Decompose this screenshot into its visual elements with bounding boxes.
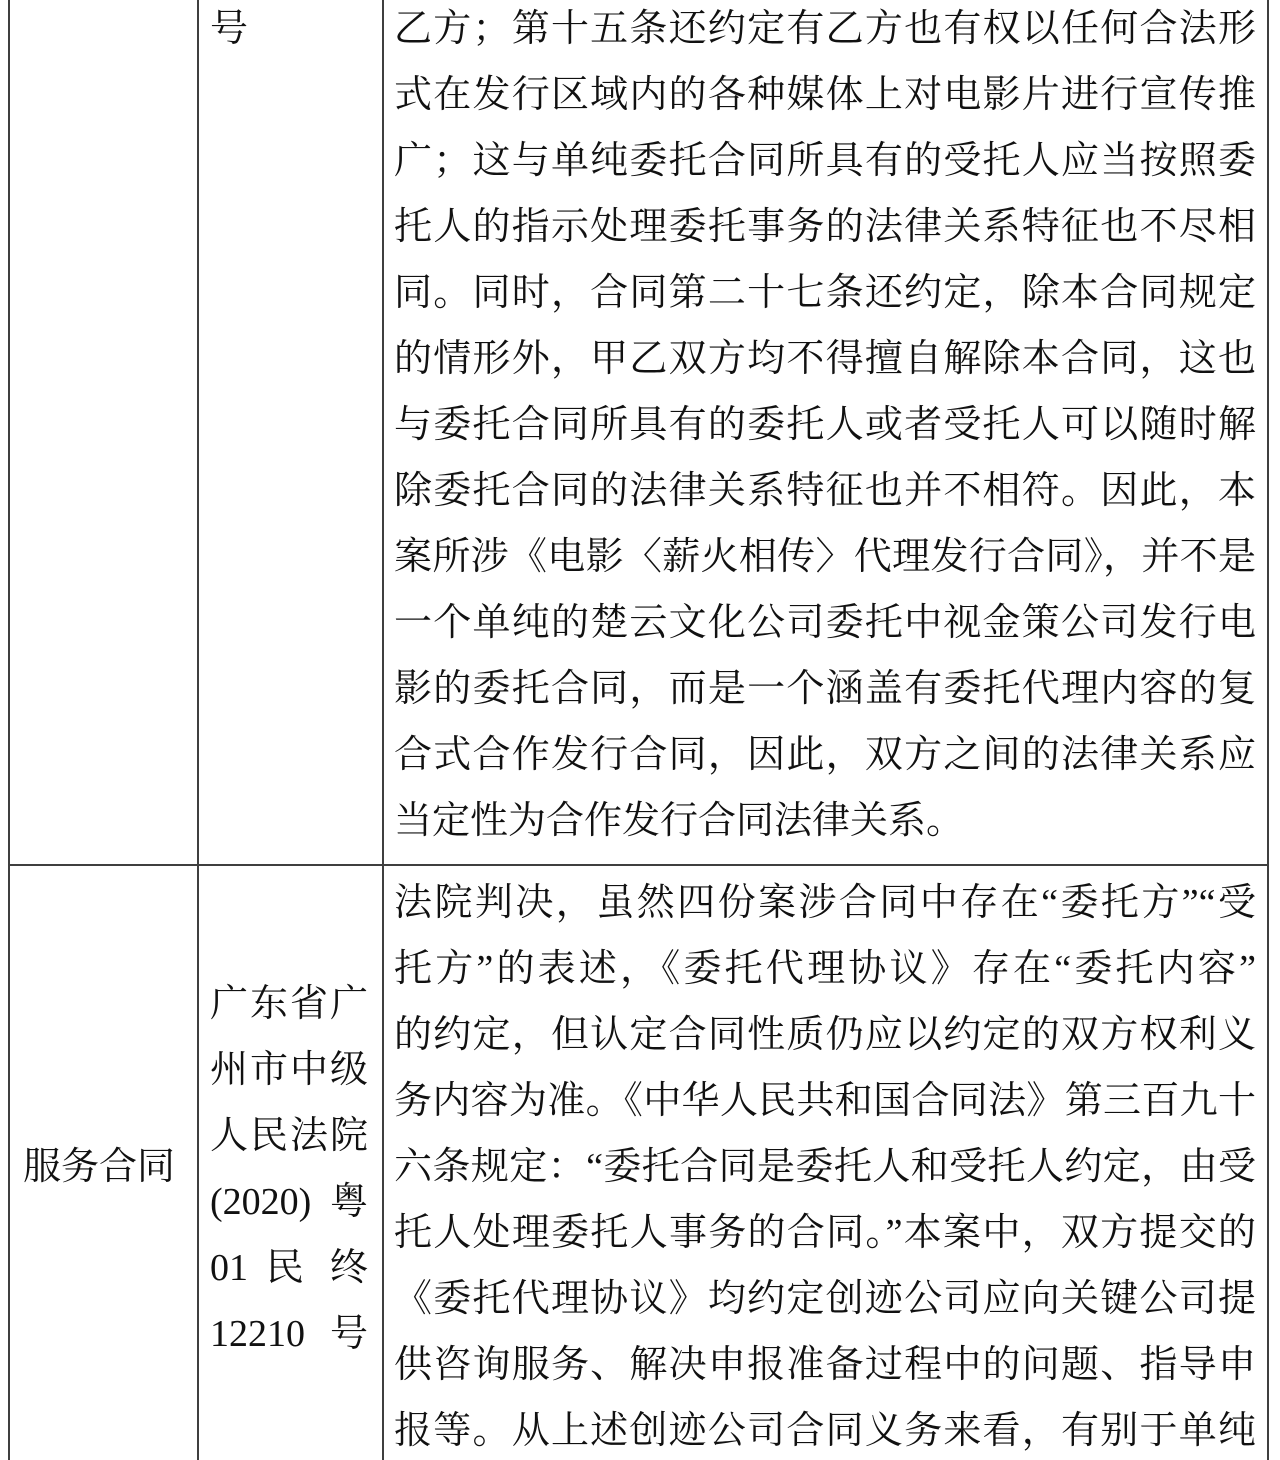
table-border-col1-col2 — [197, 0, 199, 1460]
text-line: 案所涉《电影〈薪火相传〉代理发行合同》，并不是 — [394, 524, 1256, 590]
table-row-divider — [8, 864, 1269, 866]
text-line: 州市中级 — [210, 1037, 368, 1103]
text-line: 托人的指示处理委托事务的法律关系特征也不尽相 — [394, 194, 1256, 260]
row2-judgment-text-cell: 法院判决，虽然四份案涉合同中存在“委托方”“受托方”的表述，《委托代理协议》存在… — [394, 870, 1256, 1460]
text-line: 一个单纯的楚云文化公司委托中视金策公司发行电 — [394, 590, 1256, 656]
document-page: 号 乙方；第十五条还约定有乙方也有权以任何合法形式在发行区域内的各种媒体上对电影… — [0, 0, 1280, 1460]
text-line: 的情形外，甲乙双方均不得擅自解除本合同，这也 — [394, 326, 1256, 392]
text-line: 号 — [210, 0, 368, 62]
text-line: 广东省广 — [210, 971, 368, 1037]
text-line: 的约定，但认定合同性质仍应以约定的双方权利义 — [394, 1002, 1256, 1068]
text-line: 12210 号 — [210, 1301, 368, 1367]
text-line: 合式合作发行合同，因此，双方之间的法律关系应 — [394, 722, 1256, 788]
text-line: 六条规定：“委托合同是委托人和受托人约定，由受 — [394, 1134, 1256, 1200]
text-line: 式在发行区域内的各种媒体上对电影片进行宣传推 — [394, 62, 1256, 128]
text-line: 当定性为合作发行合同法律关系。 — [394, 788, 1256, 854]
table-border-col2-col3 — [382, 0, 384, 1460]
text-line: 乙方；第十五条还约定有乙方也有权以任何合法形 — [394, 0, 1256, 62]
row2-case-number-cell: 广东省广州市中级人民法院(2020)粤01 民 终12210 号 — [210, 971, 368, 1367]
table-border-left — [8, 0, 10, 1460]
text-line: (2020)粤 — [210, 1169, 368, 1235]
text-line: 与委托合同所具有的委托人或者受托人可以随时解 — [394, 392, 1256, 458]
table-border-right — [1267, 0, 1269, 1460]
text-line: 人民法院 — [210, 1103, 368, 1169]
text-line: 01 民 终 — [210, 1235, 368, 1301]
text-line: 除委托合同的法律关系特征也并不相符。因此，本 — [394, 458, 1256, 524]
text-line: 报等。从上述创迹公司合同义务来看，有别于单纯 — [394, 1398, 1256, 1460]
row1-case-number-cell: 号 — [210, 0, 368, 62]
text-line: 托人处理委托人事务的合同。”本案中，双方提交的 — [394, 1200, 1256, 1266]
row2-category-label: 服务合同 — [23, 1146, 175, 1188]
row2-category-cell: 服务合同 — [10, 1134, 197, 1200]
text-line: 《委托代理协议》均约定创迹公司应向关键公司提 — [394, 1266, 1256, 1332]
text-line: 广；这与单纯委托合同所具有的受托人应当按照委 — [394, 128, 1256, 194]
text-line: 法院判决，虽然四份案涉合同中存在“委托方”“受 — [394, 870, 1256, 936]
text-line: 供咨询服务、解决申报准备过程中的问题、指导申 — [394, 1332, 1256, 1398]
row1-judgment-text-cell: 乙方；第十五条还约定有乙方也有权以任何合法形式在发行区域内的各种媒体上对电影片进… — [394, 0, 1256, 854]
text-line: 务内容为准。《中华人民共和国合同法》第三百九十 — [394, 1068, 1256, 1134]
text-line: 托方”的表述，《委托代理协议》存在“委托内容” — [394, 936, 1256, 1002]
text-line: 同。同时，合同第二十七条还约定，除本合同规定 — [394, 260, 1256, 326]
text-line: 影的委托合同，而是一个涵盖有委托代理内容的复 — [394, 656, 1256, 722]
